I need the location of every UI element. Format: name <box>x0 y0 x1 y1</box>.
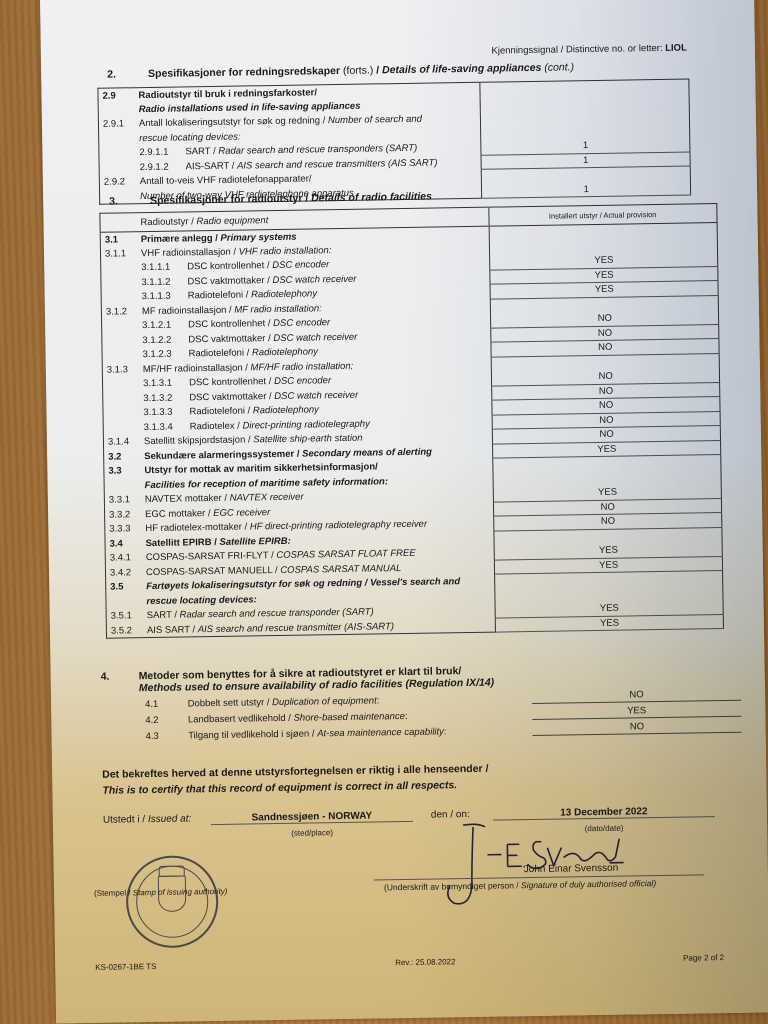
issued-place: Sandnessjøen - NORWAY <box>211 810 413 825</box>
item-label-en: COSPAS SARSAT MANUAL <box>280 563 401 576</box>
item-code: 3.1 <box>101 234 141 246</box>
item-label-en: Secondary means of alerting <box>302 446 432 459</box>
item-code: 3.3.1 <box>105 494 145 506</box>
item-label-en: DSC watch receiver <box>274 389 358 401</box>
item-label-no: Sekundære alarmeringssystemer / <box>144 448 302 461</box>
item-label-en: Primary systems <box>220 231 296 243</box>
item-label-en: AIS search and rescue transmitter (AIS-S… <box>198 621 394 635</box>
item-label-no: COSPAS-SARSAT FRI-FLYT / <box>146 550 277 563</box>
method-label-en: At-sea maintenance capability <box>317 726 444 739</box>
item-label-en: Radiotelephony <box>252 347 318 359</box>
method-code: 4.1 <box>101 698 188 710</box>
issued-label-en: Issued at: <box>148 813 192 825</box>
revision-date: Rev.: 25.08.2022 <box>395 957 455 967</box>
item-label-en: HF direct-printing radiotelegraphy recei… <box>250 519 427 533</box>
section-title-forts: (forts.) <box>343 64 374 76</box>
item-value: YES <box>496 614 724 632</box>
item-code: 3.5.2 <box>107 625 147 637</box>
item-code <box>99 112 139 113</box>
section-4-methods: 4.Metoder som benyttes for å sikre at ra… <box>101 661 742 743</box>
item-label-en: NAVTEX receiver <box>230 492 304 504</box>
item-label-no: DSC vaktmottaker / <box>187 275 272 287</box>
item-label-no: VHF radioinstallasjon / <box>141 246 239 259</box>
item-label-en: Radiotelephony <box>251 289 317 301</box>
item-code <box>107 604 147 605</box>
signature-caption-en: Signature of duly authorised official) <box>521 878 656 890</box>
col-left-no: Radioutstyr / <box>140 216 196 228</box>
item-code: 2.9 <box>98 90 138 102</box>
method-label-no: Tilgang til vedlikehold i sjøen / <box>188 728 317 741</box>
method-label-no: Landbasert vedlikehold / <box>188 713 294 726</box>
item-label-en: VHF radio installation: <box>239 245 332 257</box>
item-code: 3.5.1 <box>107 610 147 622</box>
item-label-no: Radiotelex / <box>190 420 243 432</box>
coat-of-arms-stamp-icon <box>125 855 218 948</box>
item-code: 3.1.1.3 <box>102 291 188 303</box>
item-label-no: Antall lokaliseringsutstyr for søk og re… <box>139 115 328 129</box>
item-label-no: DSC kontrollenhet / <box>188 318 273 330</box>
certification-statement: Det bekreftes herved at denne utstyrsfor… <box>102 761 489 799</box>
section-title-en: Details of life-saving appliances <box>382 62 541 77</box>
item-label-en: MF/HF radio installation: <box>250 361 353 374</box>
item-label-no: Radioutstyr til bruk i redningsfarkoster… <box>138 87 317 101</box>
item-code: 3.1.2.3 <box>103 349 189 361</box>
item-code: 3.1.3.2 <box>103 392 189 404</box>
separator: / <box>376 64 379 76</box>
item-label-en: Number of search and <box>328 114 422 126</box>
item-code: 3.1.2 <box>102 306 142 318</box>
item-label-en: rescue locating devices: <box>146 594 257 607</box>
item-code: 3.2 <box>104 451 144 463</box>
item-value: 1 <box>482 180 691 198</box>
item-label-en: Radar search and rescue transponders (SA… <box>218 143 417 157</box>
item-label-no: MF/HF radioinstallasjon / <box>143 362 251 375</box>
certification-en: This is to certify that this record of e… <box>102 779 457 797</box>
signatory-name: John Einar Svensson <box>524 863 619 875</box>
form-code: KS-0267-1BE TS <box>95 962 156 972</box>
item-label-en: DSC watch receiver <box>272 273 356 285</box>
callsign-label: Kjenningssignal / Distinctive no. or let… <box>491 43 662 57</box>
item-code: 3.1.3 <box>103 364 143 376</box>
item-label-en: Direct-printing radiotelegraphy <box>242 418 369 431</box>
section-title-no: Spesifikasjoner for radioutstyr <box>150 193 302 207</box>
method-value: NO <box>532 720 741 736</box>
item-code: 3.1.3.1 <box>103 378 189 390</box>
item-label-en: DSC encoder <box>273 317 330 329</box>
item-label-en: rescue locating devices: <box>139 131 241 144</box>
item-code: 2.9.2 <box>100 176 140 188</box>
item-label-no: Satellitt skipsjordstasjon / <box>144 435 253 448</box>
item-label-no: Radiotelefoni / <box>189 406 253 418</box>
section-number: 3. <box>109 195 147 208</box>
item-code <box>99 141 139 142</box>
item-label-no: DSC kontrollenhet / <box>187 260 272 272</box>
issued-label-no: Utstedt i / <box>103 814 148 826</box>
item-code: 3.1.1.2 <box>101 276 187 288</box>
item-code: 2.9.1.1 <box>99 147 185 159</box>
item-label-no: DSC kontrollenhet / <box>189 376 274 388</box>
item-code: 3.3.2 <box>105 509 145 521</box>
item-code: 3.1.3.4 <box>104 421 190 433</box>
item-code: 3.3 <box>104 465 144 477</box>
item-label-no: AIS-SART / <box>186 160 238 172</box>
item-label-en: MF radio installation: <box>234 303 322 315</box>
item-code: 3.5 <box>106 581 146 593</box>
separator: / <box>305 192 308 204</box>
item-code: 3.1.2.2 <box>102 334 188 346</box>
signature-caption-no: (Underskrift av bemyndiget person / <box>384 880 521 892</box>
method-label-no: Dobbelt sett utstyr / <box>188 697 273 709</box>
item-label-no: Radiotelefoni / <box>189 348 253 360</box>
item-label-en: COSPAS SARSAT FLOAT FREE <box>276 548 416 561</box>
item-label-en: DSC encoder <box>274 375 331 387</box>
item-label-no: COSPAS-SARSAT MANUELL / <box>146 565 280 578</box>
item-label-no: MF radioinstallasjon / <box>142 304 235 316</box>
item-code: 3.4 <box>105 538 145 550</box>
item-label-en: DSC encoder <box>272 259 329 271</box>
document-page: Kjenningssignal / Distinctive no. or let… <box>40 0 768 1024</box>
method-label-en: Duplication of equipment <box>272 695 377 708</box>
item-label-en: DSC watch receiver <box>273 331 357 343</box>
section-title-cont: (cont.) <box>544 61 574 73</box>
item-label-en: Radiotelephony <box>253 405 319 417</box>
item-code <box>105 488 145 489</box>
item-code: 3.1.1.1 <box>101 262 187 274</box>
item-code: 3.3.3 <box>105 523 145 535</box>
item-label-en: Satellite EPIRB: <box>219 536 290 548</box>
section-2-title: 2. Spesifikasjoner for redningsredskaper… <box>107 61 574 80</box>
item-label-no: Satellitt EPIRB / <box>145 537 219 549</box>
item-label-no: AIS SART / <box>147 624 198 636</box>
item-code: 3.1.4 <box>104 436 144 448</box>
item-label-no: SART / <box>147 610 180 622</box>
col-left-en: Radio equipment <box>196 215 268 227</box>
place-caption: (sted/place) <box>211 827 413 839</box>
life-saving-radio-table: 2.9Radioutstyr til bruk i redningsfarkos… <box>97 78 691 204</box>
item-label-no: NAVTEX mottaker / <box>145 493 230 505</box>
item-label-no: HF radiotelex-mottaker / <box>145 522 250 535</box>
item-label-no: Radiotelefoni / <box>188 290 252 302</box>
item-code: 2.9.1 <box>99 118 139 130</box>
section-number: 4. <box>101 670 139 683</box>
section-number: 2. <box>107 68 145 81</box>
item-label-no: EGC mottaker / <box>145 508 213 520</box>
item-code: 3.1.2.1 <box>102 320 188 332</box>
radio-facilities-table: Radioutstyr / Radio equipment Installert… <box>99 203 724 639</box>
method-code: 4.2 <box>101 714 188 726</box>
item-label-en: Radar search and rescue transponder (SAR… <box>180 607 374 621</box>
item-label-en: Satellite ship-earth station <box>253 433 362 446</box>
item-code: 3.1.3.3 <box>103 407 189 419</box>
distinctive-letters: Kjenningssignal / Distinctive no. or let… <box>491 43 687 57</box>
stamp-caption-en: Stamp of issuing authority) <box>133 887 228 897</box>
method-code: 4.3 <box>102 730 189 742</box>
item-code: 3.1.1 <box>101 248 141 260</box>
stamp-caption-no: (Stempel / <box>94 888 133 898</box>
issued-label: Utstedt i / Issued at: <box>103 813 192 825</box>
item-label-no: DSC vaktmottaker / <box>189 391 274 403</box>
item-label-en: EGC receiver <box>213 507 270 519</box>
item-label-no: DSC vaktmottaker / <box>188 333 273 345</box>
section-title-en: Details of radio facilities <box>311 191 432 205</box>
item-label-no: Primære anlegg / <box>141 232 221 244</box>
item-code: 2.9.1.2 <box>100 161 186 173</box>
item-code: 3.4.2 <box>106 567 146 579</box>
section-title-no: Spesifikasjoner for redningsredskaper <box>148 65 340 80</box>
item-label-no: Antall to-veis VHF radiotelefonapparater… <box>140 174 312 188</box>
item-code: 3.4.1 <box>106 552 146 564</box>
callsign-value: LIOL <box>665 43 687 54</box>
item-label-en: AIS search and rescue transmitters (AIS … <box>237 157 438 171</box>
item-label-no: SART / <box>185 146 218 158</box>
method-label-en: Shore-based maintenance <box>293 711 405 724</box>
method-label: Tilgang til vedlikehold i sjøen / At-sea… <box>188 725 532 741</box>
page-number: Page 2 of 2 <box>683 953 724 963</box>
